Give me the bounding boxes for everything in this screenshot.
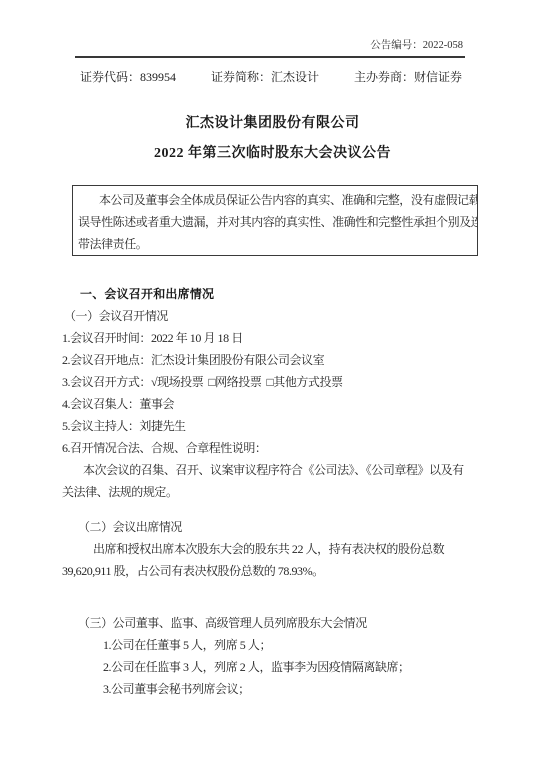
security-info-bar: 证券代码：839954 证券简称：汇杰设计 主办券商：财信证券 [80,68,462,85]
disclaimer-box: 本公司及董事会全体成员保证公告内容的真实、准确和完整，没有虚假记载、 误导性陈述… [72,185,478,256]
document-body: 一、会议召开和出席情况 （一）会议召开情况 1.会议召开时间：2022 年 10… [62,283,478,700]
header-divider [75,56,465,58]
sponsor-broker-value: 财信证券 [414,70,462,84]
meeting-time-line: 1.会议召开时间：2022 年 10 月 18 日 [62,327,478,349]
subsection-2-heading: （二）会议出席情况 [78,516,478,538]
security-code-value: 839954 [140,70,176,84]
attendance-line-2: 39,620,911 股，占公司有表决权股份总数的 78.93%。 [62,560,478,582]
sponsor-broker-field: 主办券商：财信证券 [354,68,462,85]
voting-method-line: 3.会议召开方式：√现场投票 □网络投票 □其他方式投票 [62,371,478,393]
attendance-line-1: 出席和授权出席本次股东大会的股东共 22 人，持有表决权的股份总数 [93,538,478,560]
convener-line: 4.会议召集人：董事会 [62,393,478,415]
security-code-label: 证券代码： [80,70,140,84]
legality-note-line-1: 本次会议的召集、召开、议案审议程序符合《公司法》、《公司章程》以及有 [83,459,478,481]
announcement-title: 2022 年第三次临时股东大会决议公告 [0,142,545,162]
chairperson-line: 5.会议主持人：刘捷先生 [62,415,478,437]
supervisors-attendance-line: 2.公司在任监事 3 人，列席 2 人，监事李为因疫情隔离缺席； [103,656,478,678]
disclaimer-line-1: 本公司及董事会全体成员保证公告内容的真实、准确和完整，没有虚假记载、 [99,189,472,211]
announcement-number: 公告编号：2022-058 [370,37,463,52]
subsection-3-heading: （三）公司董事、监事、高级管理人员列席股东大会情况 [78,612,478,634]
disclaimer-line-3: 带法律责任。 [78,233,472,255]
meeting-place-line: 2.会议召开地点：汇杰设计集团股份有限公司会议室 [62,349,478,371]
disclaimer-line-2: 误导性陈述或者重大遗漏，并对其内容的真实性、准确性和完整性承担个别及连 [78,211,472,233]
security-code-field: 证券代码：839954 [80,68,176,85]
announcement-document: 公告编号：2022-058 证券代码：839954 证券简称：汇杰设计 主办券商… [0,0,545,771]
security-abbr-label: 证券简称： [211,70,271,84]
board-secretary-line: 3.公司董事会秘书列席会议； [103,678,478,700]
directors-attendance-line: 1.公司在任董事 5 人，列席 5 人； [103,634,478,656]
security-abbr-field: 证券简称：汇杰设计 [211,68,319,85]
section-1-heading: 一、会议召开和出席情况 [80,283,478,305]
legality-note-line-2: 关法律、法规的规定。 [62,481,478,503]
security-abbr-value: 汇杰设计 [271,70,319,84]
subsection-1-heading: （一）会议召开情况 [64,305,478,327]
company-name-title: 汇杰设计集团股份有限公司 [0,112,545,132]
legality-statement-line: 6.召开情况合法、合规、合章程性说明： [62,437,478,459]
sponsor-broker-label: 主办券商： [354,70,414,84]
